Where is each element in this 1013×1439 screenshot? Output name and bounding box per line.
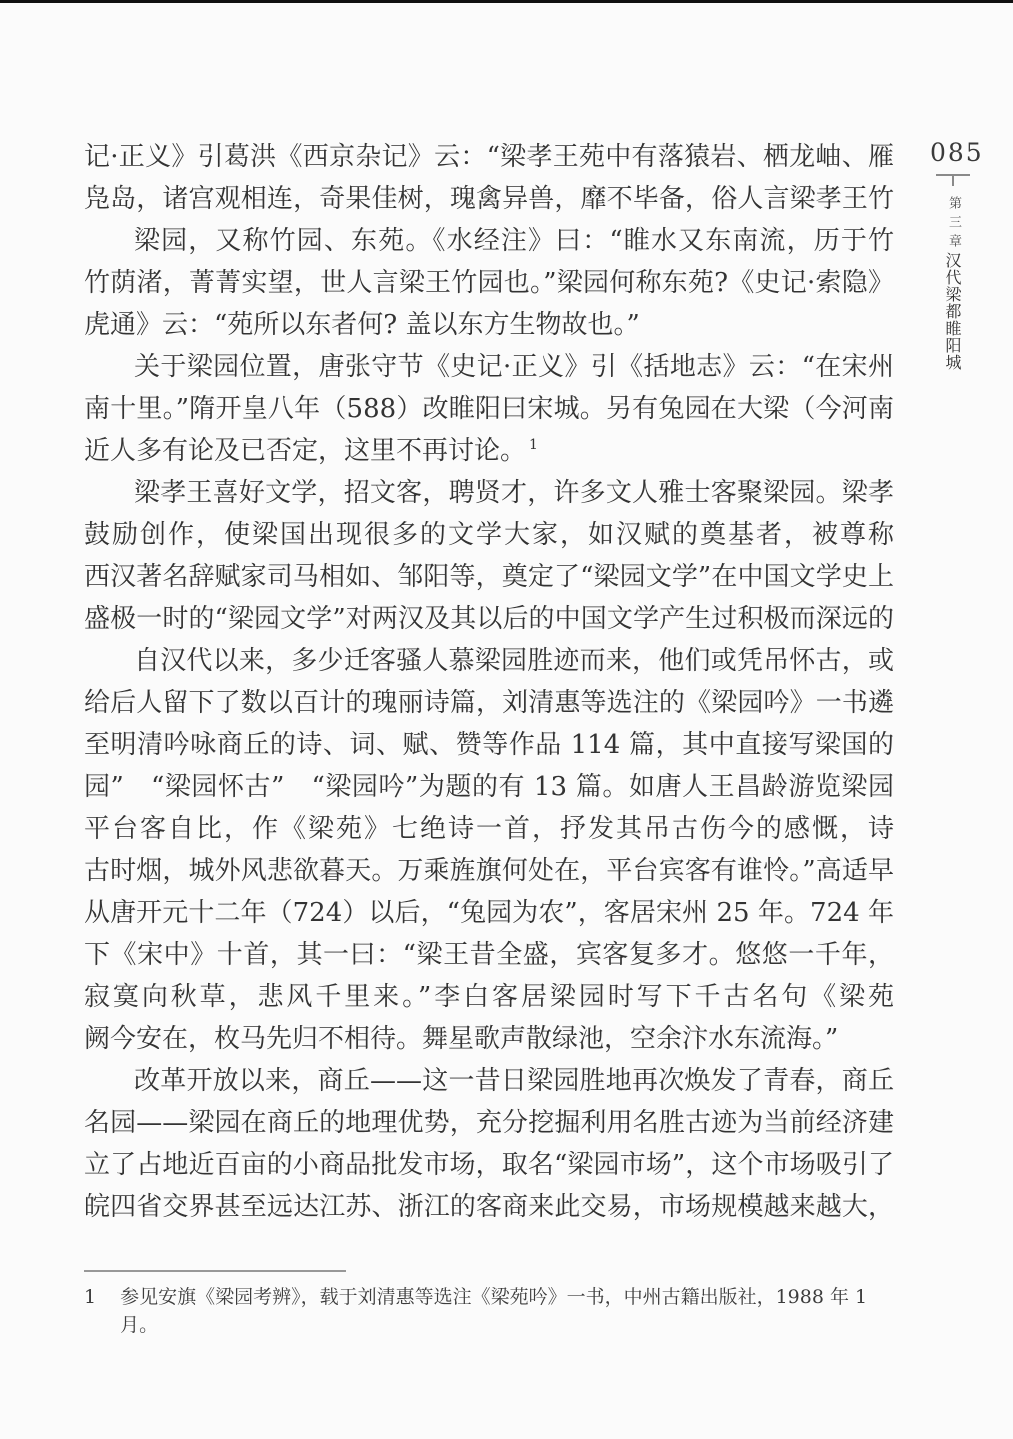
text-line: 寂寞向秋草，悲风千里来。”李白客居梁园时写下千古名句《梁苑吟》：“梁王宫 bbox=[84, 976, 894, 1018]
text-line: 平台客自比，作《梁苑》七绝诗一首，抒发其吊古伤今的感慨，诗曰：“梁园秋竹 bbox=[84, 808, 894, 850]
text-line: 鼓励创作，使梁国出现很多的文学大家，如汉赋的奠基者，被尊称为“枚叟”的枚乘， bbox=[84, 514, 894, 556]
text-line: 给后人留下了数以百计的瑰丽诗篇，刘清惠等选注的《梁园吟》一书遴选了自西汉 bbox=[84, 682, 894, 724]
page-number: 085 bbox=[930, 138, 978, 167]
text-line: 皖四省交界甚至远达江苏、浙江的客商来此交易，市场规模越来越大，商业日益发达。 bbox=[84, 1186, 894, 1228]
text-line: 自汉代以来，多少迁客骚人慕梁园胜迹而来，他们或凭吊怀古，或抒发情感， bbox=[84, 640, 894, 682]
text-line: 虎通》云：“苑所以东者何? 盖以东方生物故也。” bbox=[84, 304, 894, 346]
text-line: 古时烟，城外风悲欲暮天。万乘旌旗何处在，平台宾客有谁怜。”高适早年贫困， bbox=[84, 850, 894, 892]
text-line: 关于梁园位置，唐张守节《史记·正义》引《括地志》云：“在宋州宋城县东 bbox=[84, 346, 894, 388]
text-line: 近人多有论及已否定，这里不再讨论。1 bbox=[84, 430, 894, 472]
chapter-title: 汉代梁都睢阳城 bbox=[941, 252, 964, 371]
footnote: 1 参见安旗《梁园考辨》，载于刘清惠等选注《梁苑吟》一书，中州古籍出版社，198… bbox=[84, 1283, 904, 1339]
footnote-marker: 1 bbox=[84, 1283, 96, 1339]
margin-tick-mark bbox=[936, 174, 970, 186]
text-line: 阙今安在，枚马先归不相待。舞星歌声散绿池，空余汴水东流海。” bbox=[84, 1018, 894, 1060]
text-line: 南十里。”隋开皇八年（588）改睢阳曰宋城。另有兔园在大梁（今河南开封）说， bbox=[84, 388, 894, 430]
text-line: 记·正义》引葛洪《西京杂记》云：“梁孝王苑中有落猿岩、栖龙岫、雁池、鹤洲、 bbox=[84, 136, 894, 178]
scan-edge-artifact bbox=[0, 0, 1013, 3]
footnote-ref: 1 bbox=[529, 437, 538, 453]
text-line: 梁园，又称竹园、东苑。《水经注》曰：“睢水又东南流，历于竹园。水次绿 bbox=[84, 220, 894, 262]
text-line: 改革开放以来，商丘——这一昔日梁园胜地再次焕发了青春，商丘人依靠历史 bbox=[84, 1060, 894, 1102]
text-line: 立了占地近百亩的小商品批发市场，取名“梁园市场”，这个市场吸引了豫、鲁、苏、 bbox=[84, 1144, 894, 1186]
text-line: 至明清吟咏商丘的诗、词、赋、赞等作品 114 篇，其中直接写梁国的有 21 篇，… bbox=[84, 724, 894, 766]
chapter-label: 第三章 bbox=[944, 196, 963, 253]
text-line: 凫岛，诸宫观相连，奇果佳树，瑰禽异兽，靡不毕备，俗人言梁孝王竹园也。” bbox=[84, 178, 894, 220]
text-line: 盛极一时的“梁园文学”对两汉及其以后的中国文学产生过积极而深远的影响。 bbox=[84, 598, 894, 640]
text-line: 竹荫渚，菁菁实望，世人言梁王竹园也。”梁园何称东苑?《史记·索隐》引《白 bbox=[84, 262, 894, 304]
text-line: 名园——梁园在商丘的地理优势，充分挖掘利用名胜古迹为当前经济建设服务，建 bbox=[84, 1102, 894, 1144]
body-text: 记·正义》引葛洪《西京杂记》云：“梁孝王苑中有落猿岩、栖龙岫、雁池、鹤洲、凫岛，… bbox=[84, 136, 894, 1228]
text-line: 西汉著名辞赋家司马相如、邹阳等，奠定了“梁园文学”在中国文学史上的地位， bbox=[84, 556, 894, 598]
text-line: 梁孝王喜好文学，招文客，聘贤才，许多文人雅士客聚梁园。梁孝王赏酒赐墨， bbox=[84, 472, 894, 514]
footnote-divider bbox=[84, 1270, 346, 1272]
footnote-text: 参见安旗《梁园考辨》，载于刘清惠等选注《梁苑吟》一书，中州古籍出版社，1988 … bbox=[120, 1283, 904, 1339]
text-line: 园” “梁园怀古” “梁园吟”为题的有 13 篇。如唐人王昌龄游览梁园旧迹时，以 bbox=[84, 766, 894, 808]
text-line: 从唐开元十二年（724）以后，“兔园为农”，客居宋州 25 年。724 年到宋州… bbox=[84, 892, 894, 934]
text-line: 下《宋中》十首，其一曰：“梁王昔全盛，宾客复多才。悠悠一千年，陈迹惟高台。 bbox=[84, 934, 894, 976]
